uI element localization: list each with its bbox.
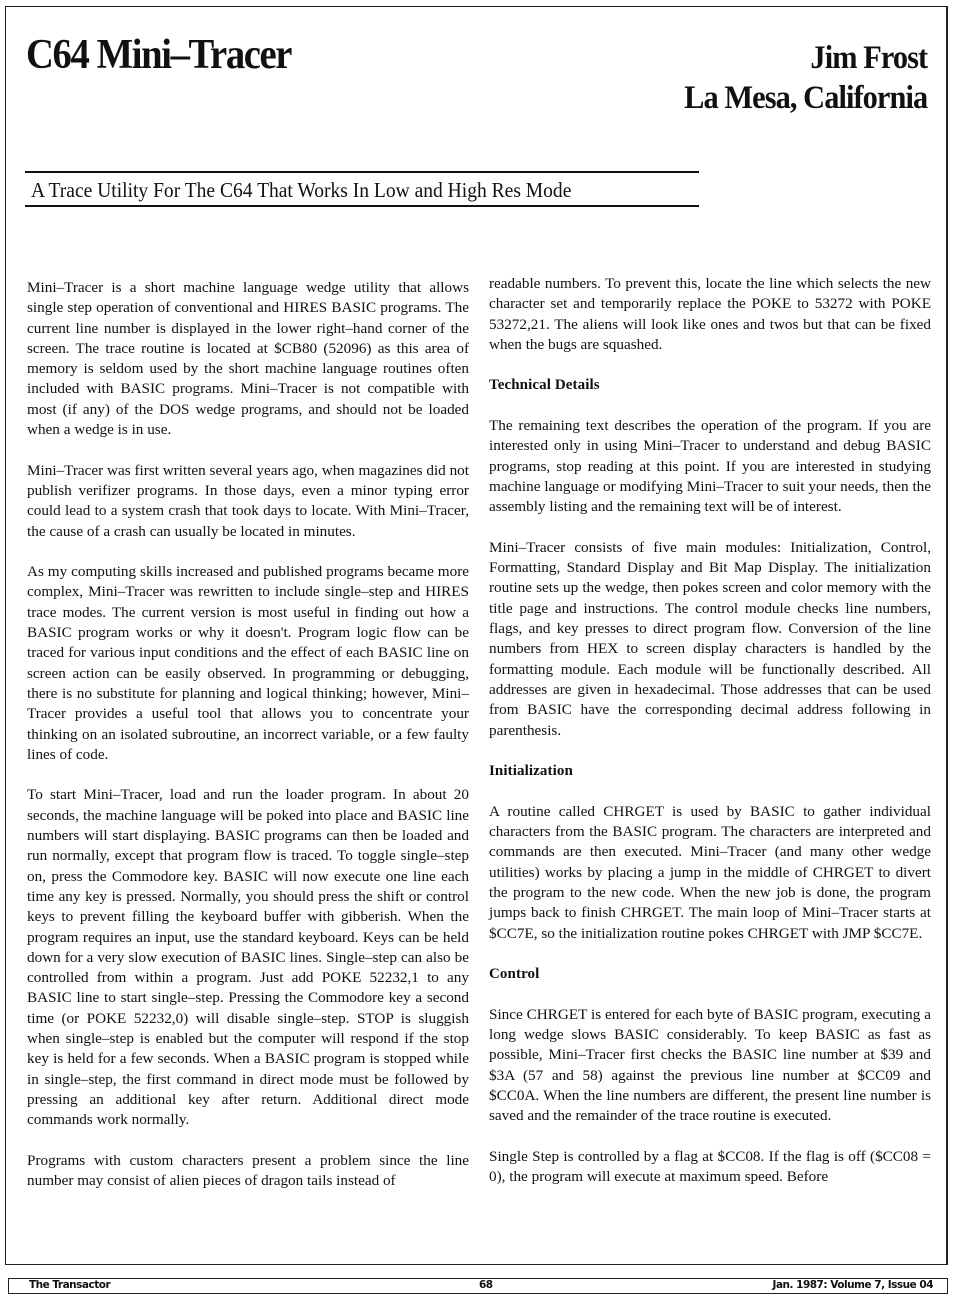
page-footer: The Transactor 68 Jan. 1987: Volume 7, I…	[8, 1278, 948, 1294]
paragraph: To start Mini–Tracer, load and run the l…	[27, 785, 469, 1130]
paragraph: Mini–Tracer consists of five main module…	[489, 538, 931, 741]
paragraph: Mini–Tracer is a short machine language …	[27, 278, 469, 440]
section-heading-technical-details: Technical Details	[489, 375, 931, 395]
paragraph: Mini–Tracer was first written several ye…	[27, 461, 469, 542]
paragraph: readable numbers. To prevent this, locat…	[489, 274, 931, 355]
article-title: C64 Mini–Tracer	[26, 34, 291, 76]
author-location: La Mesa, California	[684, 78, 927, 118]
paragraph: Single Step is controlled by a flag at $…	[489, 1147, 931, 1188]
paragraph: Programs with custom characters present …	[27, 1151, 469, 1192]
paragraph: The remaining text describes the operati…	[489, 416, 931, 517]
footer-page-number: 68	[479, 1279, 493, 1292]
paragraph: As my computing skills increased and pub…	[27, 562, 469, 765]
author-name: Jim Frost	[684, 38, 927, 78]
article-subtitle: A Trace Utility For The C64 That Works I…	[31, 178, 571, 203]
right-column: readable numbers. To prevent this, locat…	[489, 274, 931, 1208]
section-heading-initialization: Initialization	[489, 761, 931, 781]
paragraph: Since CHRGET is entered for each byte of…	[489, 1005, 931, 1127]
section-heading-control: Control	[489, 964, 931, 984]
byline: Jim Frost La Mesa, California	[684, 38, 927, 118]
footer-publication: The Transactor	[29, 1279, 110, 1292]
paragraph: A routine called CHRGET is used by BASIC…	[489, 802, 931, 944]
subtitle-banner: A Trace Utility For The C64 That Works I…	[25, 171, 699, 207]
footer-issue: Jan. 1987: Volume 7, Issue 04	[773, 1279, 933, 1292]
left-column: Mini–Tracer is a short machine language …	[27, 278, 469, 1212]
